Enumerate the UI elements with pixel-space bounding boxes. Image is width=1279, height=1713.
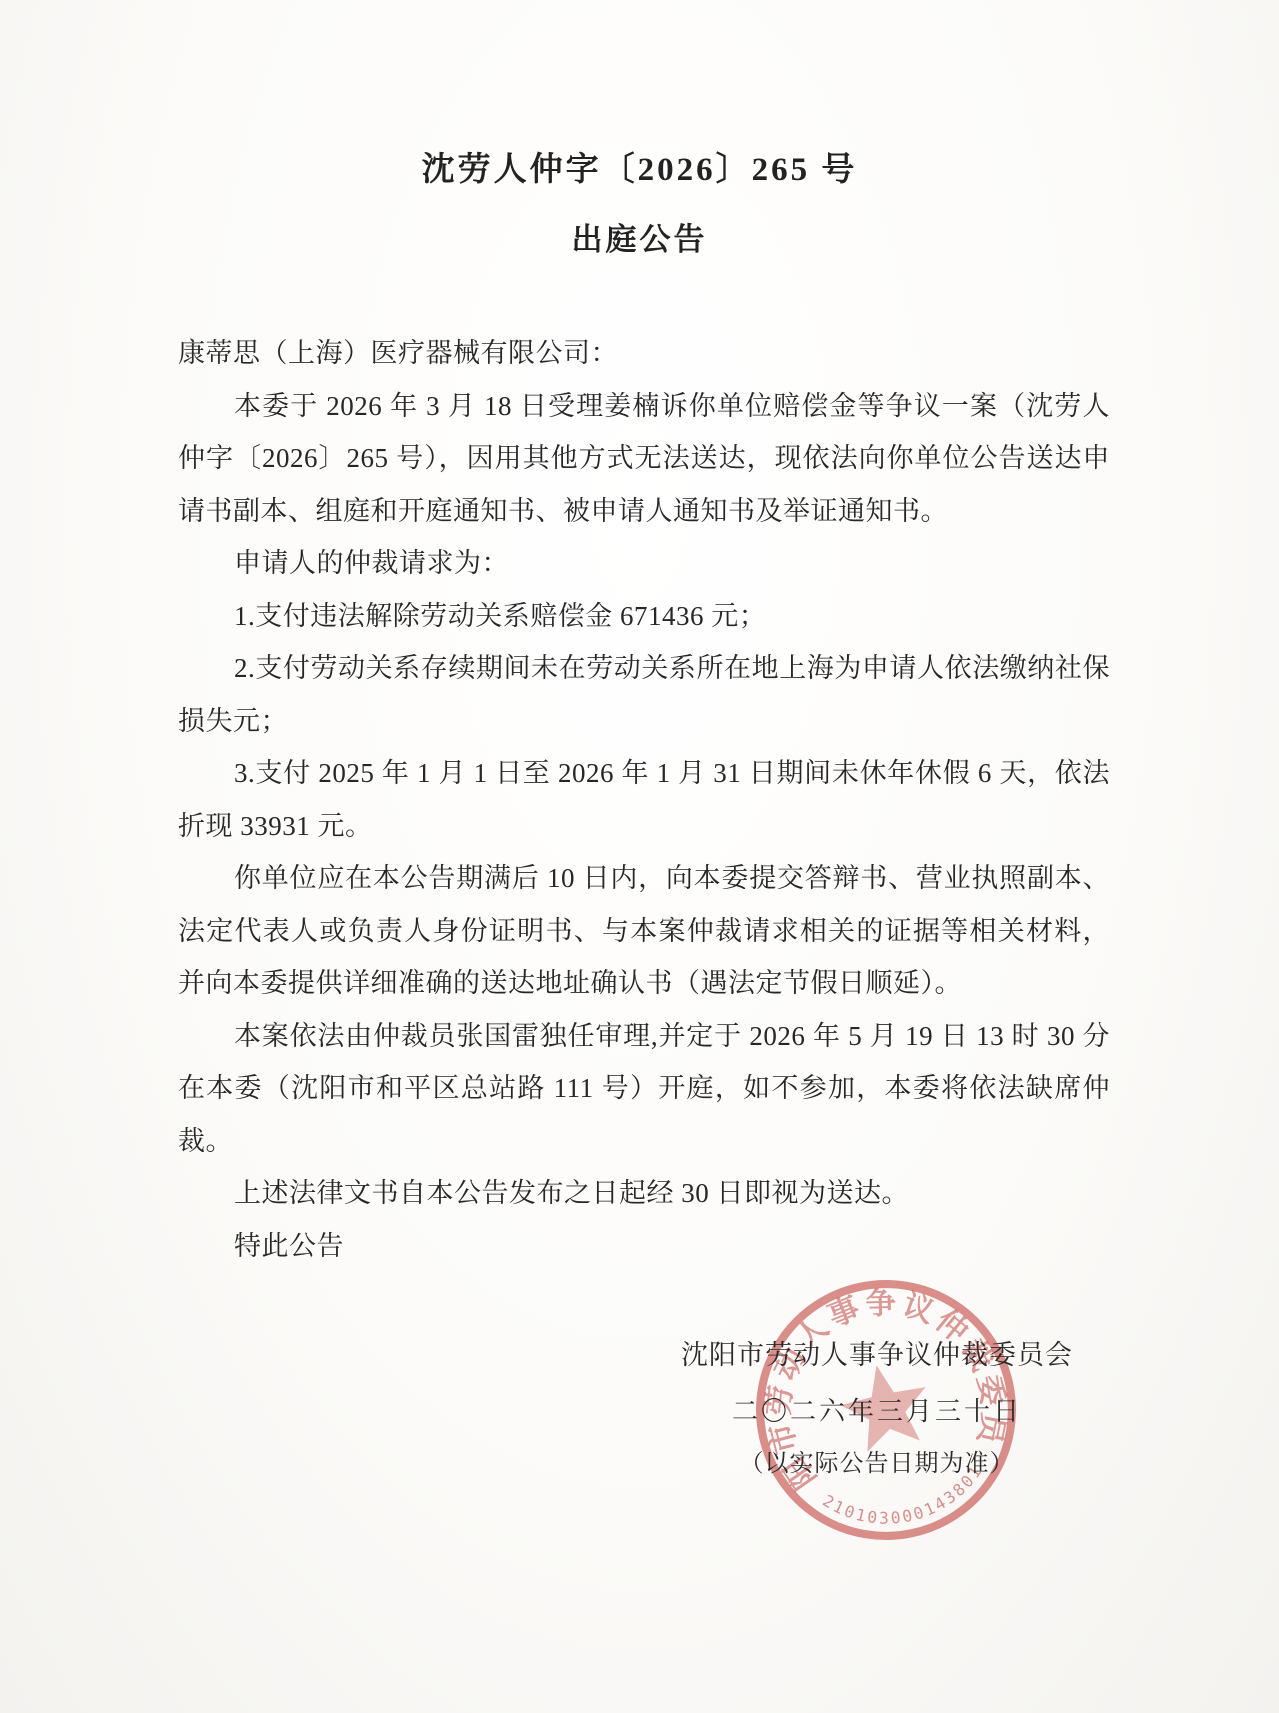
paragraph-submission-requirements: 你单位应在本公告期满后 10 日内，向本委提交答辩书、营业执照副本、法定代表人或…	[178, 852, 1110, 1010]
paragraph-case-intro: 本委于 2026 年 3 月 18 日受理姜楠诉你单位赔偿金等争议一案（沈劳人仲…	[178, 380, 1110, 538]
doc-number: 沈劳人仲字〔2026〕265 号	[0, 143, 1279, 190]
recipient-line: 康蒂思（上海）医疗器械有限公司：	[178, 327, 1110, 380]
scanned-notice-page: 沈劳人仲字〔2026〕265 号 出庭公告 康蒂思（上海）医疗器械有限公司： 本…	[0, 0, 1279, 1713]
page-title: 出庭公告	[0, 214, 1279, 259]
signature-block: 沈阳市劳动人事争议仲裁委员会 二〇二六年三月三十日 （以实际公告日期为准）	[662, 1333, 1092, 1478]
paragraph-claim-1: 1.支付违法解除劳动关系赔偿金 671436 元；	[178, 590, 1110, 643]
signature-date: 二〇二六年三月三十日	[662, 1391, 1092, 1428]
paragraph-claim-3: 3.支付 2025 年 1 月 1 日至 2026 年 1 月 31 日期间未休…	[178, 747, 1110, 852]
signature-committee: 沈阳市劳动人事争议仲裁委员会	[662, 1333, 1092, 1372]
paragraph-hearing-info: 本案依法由仲裁员张国雷独任审理,并定于 2026 年 5 月 19 日 13 时…	[178, 1010, 1110, 1168]
paragraph-claim-2: 2.支付劳动关系存续期间未在劳动关系所在地上海为申请人依法缴纳社保损失元；	[178, 642, 1110, 747]
paragraph-service-deemed: 上述法律文书自本公告发布之日起经 30 日即视为送达。	[178, 1167, 1110, 1220]
paragraph-claims-header: 申请人的仲裁请求为：	[178, 537, 1110, 590]
document-body: 康蒂思（上海）医疗器械有限公司： 本委于 2026 年 3 月 18 日受理姜楠…	[178, 327, 1110, 1272]
signature-date-note: （以实际公告日期为准）	[662, 1443, 1092, 1478]
